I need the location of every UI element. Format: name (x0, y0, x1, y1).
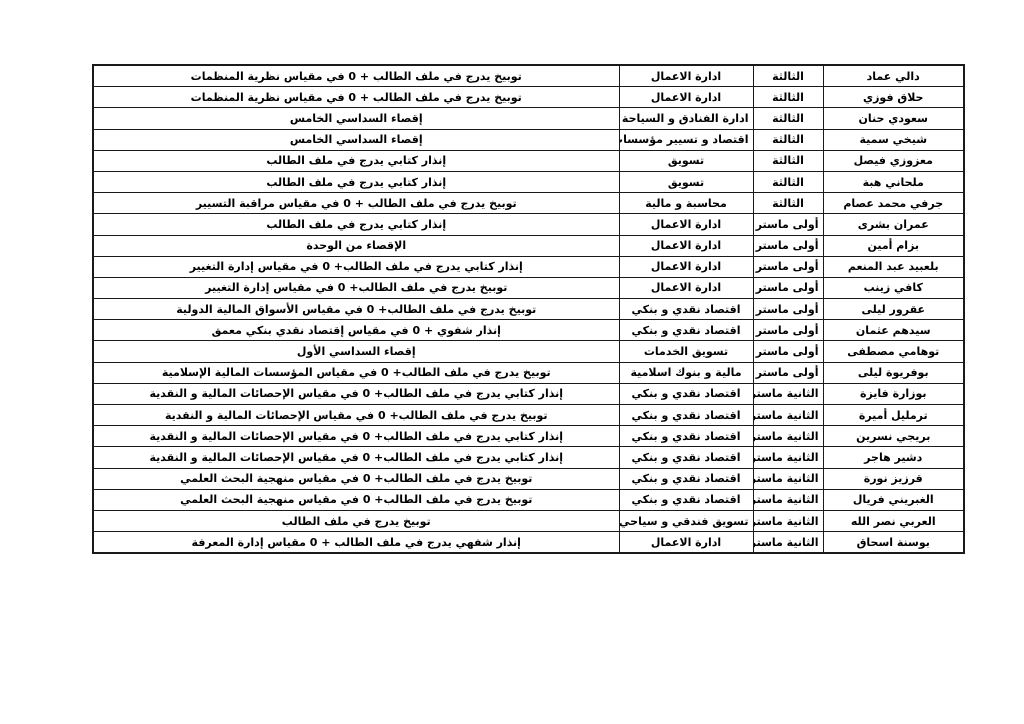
student-sanctions-table: دالي عمادالثالثةادارة الاعمالتوبيخ يدرج … (92, 64, 965, 554)
level-cell: الثانية ماستر (753, 426, 823, 447)
student-name-cell: بزام أمين (823, 235, 964, 256)
table-body: دالي عمادالثالثةادارة الاعمالتوبيخ يدرج … (93, 65, 964, 553)
table-row: بوسنة اسحاقالثانية ماسترادارة الاعمالإنذ… (93, 532, 964, 554)
table-row: شيخي سميةالثالثةاقتصاد و تسيير مؤسساتإقص… (93, 129, 964, 150)
department-cell: ادارة الفنادق و السياحة (619, 108, 753, 129)
department-cell: مالية و بنوك اسلامية (619, 362, 753, 383)
department-cell: اقتصاد نقدي و بنكي (619, 383, 753, 404)
level-cell: الثالثة (753, 108, 823, 129)
document-page: دالي عمادالثالثةادارة الاعمالتوبيخ يدرج … (0, 0, 1024, 724)
table-row: ملحاني هبةالثالثةتسويقإنذار كتابي يدرج ف… (93, 171, 964, 192)
student-name-cell: شيخي سمية (823, 129, 964, 150)
table-row: عمران بشرىأولى ماسترادارة الاعمالإنذار ك… (93, 214, 964, 235)
table-row: قرزيز نورةالثانية ماستراقتصاد نقدي و بنك… (93, 468, 964, 489)
sanction-cell: توبيخ يدرج في ملف الطالب+ 0 في مقياس منه… (93, 468, 619, 489)
student-name-cell: الغبريني فريال (823, 489, 964, 510)
student-name-cell: بلعبيد عبد المنعم (823, 256, 964, 277)
department-cell: اقتصاد نقدي و بنكي (619, 405, 753, 426)
level-cell: الثالثة (753, 171, 823, 192)
student-name-cell: بوفريوة ليلى (823, 362, 964, 383)
student-name-cell: سيدهم عثمان (823, 320, 964, 341)
level-cell: أولى ماستر (753, 256, 823, 277)
department-cell: ادارة الاعمال (619, 65, 753, 87)
student-name-cell: جرفي محمد عصام (823, 193, 964, 214)
level-cell: الثانية ماستر (753, 447, 823, 468)
level-cell: أولى ماستر (753, 235, 823, 256)
department-cell: تسويق (619, 171, 753, 192)
sanction-cell: الإقصاء من الوحدة (93, 235, 619, 256)
department-cell: ادارة الاعمال (619, 532, 753, 554)
level-cell: أولى ماستر (753, 214, 823, 235)
student-name-cell: قرزيز نورة (823, 468, 964, 489)
student-name-cell: دالي عماد (823, 65, 964, 87)
department-cell: ادارة الاعمال (619, 277, 753, 298)
table-row: بوفريوة ليلىأولى ماسترمالية و بنوك اسلام… (93, 362, 964, 383)
student-name-cell: ملحاني هبة (823, 171, 964, 192)
sanction-cell: إنذار كتابي يدرج في ملف الطالب (93, 150, 619, 171)
sanction-cell: توبيخ يدرج في ملف الطالب+ 0 في مقياس الإ… (93, 405, 619, 426)
department-cell: محاسبة و مالية (619, 193, 753, 214)
table-row: بزام أمينأولى ماسترادارة الاعمالالإقصاء … (93, 235, 964, 256)
sanction-cell: إنذار كتابي يدرج في ملف الطالب+ 0 في مقي… (93, 256, 619, 277)
table-row: حلاق فوزيالثالثةادارة الاعمالتوبيخ يدرج … (93, 87, 964, 108)
sanction-cell: إنذار كتابي يدرج في ملف الطالب (93, 171, 619, 192)
level-cell: الثانية ماستر (753, 383, 823, 404)
table-row: العربي نصر اللهالثانية ماسترتسويق فندقي … (93, 510, 964, 531)
level-cell: الثالثة (753, 87, 823, 108)
table-row: كافي زينبأولى ماسترادارة الاعمالتوبيخ يد… (93, 277, 964, 298)
student-name-cell: توهامي مصطفى (823, 341, 964, 362)
level-cell: الثانية ماستر (753, 489, 823, 510)
sanction-cell: إنذار شفهي يدرج في ملف الطالب + 0 مقياس … (93, 532, 619, 554)
sanction-cell: توبيخ يدرج في ملف الطالب + 0 في مقياس نظ… (93, 87, 619, 108)
table-row: معزوزي فيصلالثالثةتسويقإنذار كتابي يدرج … (93, 150, 964, 171)
level-cell: أولى ماستر (753, 320, 823, 341)
sanction-cell: توبيخ يدرج في ملف الطالب+ 0 في مقياس إدا… (93, 277, 619, 298)
student-name-cell: العربي نصر الله (823, 510, 964, 531)
student-name-cell: سعودي حنان (823, 108, 964, 129)
student-name-cell: كافي زينب (823, 277, 964, 298)
sanction-cell: إقصاء السداسي الأول (93, 341, 619, 362)
department-cell: تسويق (619, 150, 753, 171)
level-cell: الثانية ماستر (753, 532, 823, 554)
sanction-cell: إنذار كتابي يدرج في ملف الطالب+ 0 في مقي… (93, 447, 619, 468)
sanction-cell: توبيخ يدرج في ملف الطالب+ 0 في مقياس الأ… (93, 299, 619, 320)
department-cell: اقتصاد نقدي و بنكي (619, 299, 753, 320)
sanction-cell: توبيخ يدرج في ملف الطالب+ 0 في مقياس الم… (93, 362, 619, 383)
table-row: توهامي مصطفىأولى ماسترتسويق الخدماتإقصاء… (93, 341, 964, 362)
table-row: دالي عمادالثالثةادارة الاعمالتوبيخ يدرج … (93, 65, 964, 87)
table-row: سعودي حنانالثالثةادارة الفنادق و السياحة… (93, 108, 964, 129)
level-cell: الثالثة (753, 129, 823, 150)
sanction-cell: إنذار كتابي يدرج في ملف الطالب+ 0 في مقي… (93, 383, 619, 404)
sanction-cell: إنذار كتابي يدرج في ملف الطالب (93, 214, 619, 235)
department-cell: اقتصاد نقدي و بنكي (619, 447, 753, 468)
table-row: بريجي نسرينالثانية ماستراقتصاد نقدي و بن… (93, 426, 964, 447)
table-row: جرفي محمد عصامالثالثةمحاسبة و ماليةتوبيخ… (93, 193, 964, 214)
student-name-cell: بوزارة فايزة (823, 383, 964, 404)
table-row: عقرور ليلىأولى ماستراقتصاد نقدي و بنكيتو… (93, 299, 964, 320)
sanction-cell: إنذار كتابي يدرج في ملف الطالب+ 0 في مقي… (93, 426, 619, 447)
sanction-cell: توبيخ يدرج في ملف الطالب + 0 في مقياس مر… (93, 193, 619, 214)
level-cell: الثانية ماستر (753, 510, 823, 531)
department-cell: اقتصاد نقدي و بنكي (619, 468, 753, 489)
table-row: الغبريني فريالالثانية ماستراقتصاد نقدي و… (93, 489, 964, 510)
department-cell: اقتصاد و تسيير مؤسسات (619, 129, 753, 150)
department-cell: اقتصاد نقدي و بنكي (619, 426, 753, 447)
table-row: بلعبيد عبد المنعمأولى ماسترادارة الاعمال… (93, 256, 964, 277)
level-cell: الثانية ماستر (753, 405, 823, 426)
department-cell: اقتصاد نقدي و بنكي (619, 320, 753, 341)
department-cell: تسويق الخدمات (619, 341, 753, 362)
student-name-cell: عمران بشرى (823, 214, 964, 235)
table-row: سيدهم عثمانأولى ماستراقتصاد نقدي و بنكيإ… (93, 320, 964, 341)
sanction-cell: إقصاء السداسي الخامس (93, 108, 619, 129)
student-name-cell: حلاق فوزي (823, 87, 964, 108)
level-cell: أولى ماستر (753, 299, 823, 320)
sanction-cell: توبيخ يدرج في ملف الطالب+ 0 في مقياس منه… (93, 489, 619, 510)
department-cell: اقتصاد نقدي و بنكي (619, 489, 753, 510)
department-cell: تسويق فندقي و سياحي (619, 510, 753, 531)
student-name-cell: دشير هاجر (823, 447, 964, 468)
level-cell: أولى ماستر (753, 341, 823, 362)
department-cell: ادارة الاعمال (619, 235, 753, 256)
table-row: دشير هاجرالثانية ماستراقتصاد نقدي و بنكي… (93, 447, 964, 468)
level-cell: الثالثة (753, 65, 823, 87)
sanction-cell: إنذار شفوي + 0 في مقياس إقتصاد نقدي بنكي… (93, 320, 619, 341)
table-row: بوزارة فايزةالثانية ماستراقتصاد نقدي و ب… (93, 383, 964, 404)
sanction-cell: إقصاء السداسي الخامس (93, 129, 619, 150)
level-cell: الثانية ماستر (753, 468, 823, 489)
level-cell: الثالثة (753, 150, 823, 171)
level-cell: أولى ماستر (753, 362, 823, 383)
table-row: ترمليل أميرةالثانية ماستراقتصاد نقدي و ب… (93, 405, 964, 426)
department-cell: ادارة الاعمال (619, 87, 753, 108)
student-name-cell: معزوزي فيصل (823, 150, 964, 171)
student-name-cell: ترمليل أميرة (823, 405, 964, 426)
student-name-cell: بوسنة اسحاق (823, 532, 964, 554)
sanction-cell: توبيخ يدرج في ملف الطالب (93, 510, 619, 531)
level-cell: الثالثة (753, 193, 823, 214)
department-cell: ادارة الاعمال (619, 214, 753, 235)
student-name-cell: عقرور ليلى (823, 299, 964, 320)
level-cell: أولى ماستر (753, 277, 823, 298)
student-name-cell: بريجي نسرين (823, 426, 964, 447)
department-cell: ادارة الاعمال (619, 256, 753, 277)
sanction-cell: توبيخ يدرج في ملف الطالب + 0 في مقياس نظ… (93, 65, 619, 87)
